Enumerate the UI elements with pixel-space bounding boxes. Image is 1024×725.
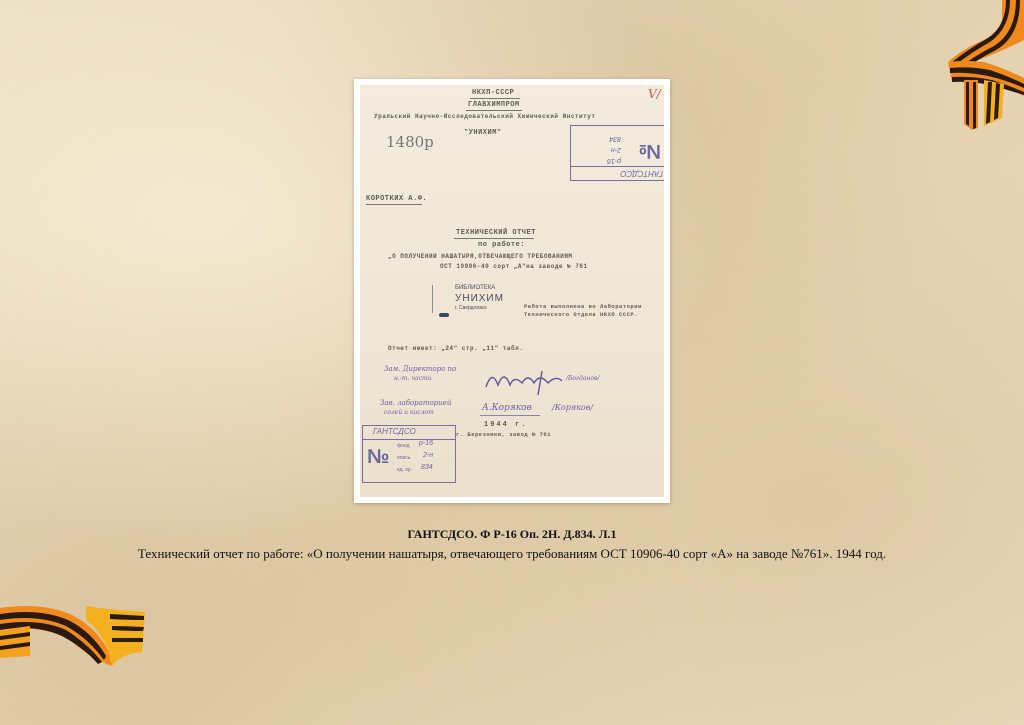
- institute-name: Уральский Научно-Исследовательский Химич…: [374, 113, 595, 120]
- st-george-ribbon-top-right: [944, 0, 1024, 135]
- year-line: 1944 г.: [484, 421, 527, 429]
- stamp-delo: 834: [609, 135, 621, 142]
- report-sub: по работе:: [478, 241, 525, 249]
- signature1-role-line1: Зам. Директора по: [384, 365, 456, 373]
- header-line-2: ГЛАВХИМПРОМ: [468, 101, 520, 109]
- corner-mark: V/: [648, 87, 661, 101]
- document-page: НКХП-СССР ГЛАВХИМПРОМ Уральский Научно-И…: [360, 85, 664, 497]
- signature1-role-line2: н.-т. части: [394, 375, 432, 382]
- library-stamp-line3: г. Свердловск: [455, 305, 487, 311]
- stamp-number-sign: №: [639, 139, 661, 162]
- signature2: А.Коряков: [482, 403, 532, 413]
- stamp-fond: р-16: [419, 440, 433, 447]
- stamp-opis-label: опись: [397, 455, 410, 461]
- divider: [366, 204, 422, 205]
- stamp-delo-label: ед. хр.: [397, 467, 412, 473]
- header-line-1: НКХП-СССР: [472, 89, 514, 97]
- report-topic: „О ПОЛУЧЕНИИ НАШАТЫРЯ,ОТВЕЧАЮЩЕГО ТРЕБОВ…: [388, 253, 573, 260]
- divider: [470, 98, 520, 99]
- signature1-name: /Богданов/: [566, 375, 600, 382]
- report-title: ТЕХНИЧЕСКИЙ ОТЧЕТ: [456, 229, 536, 237]
- divider: [454, 238, 534, 239]
- stamp-fond-label: фонд: [397, 443, 410, 449]
- stamp-archive-name: ГАНТСДСО: [373, 427, 416, 436]
- archive-stamp-bottom: ГАНТСДСО № фонд р-16 опись 2-н ед. хр. 8…: [362, 425, 456, 483]
- signature-line: [480, 415, 540, 416]
- pages-line: Отчет имеет: „24" стр. „11" табл.: [388, 345, 523, 352]
- stamp-number-sign: №: [367, 446, 389, 469]
- ribbon-icon: [0, 606, 145, 666]
- ribbon-icon: [948, 0, 1024, 130]
- stamp-delo: 834: [421, 464, 433, 471]
- stamp-divider: [363, 439, 455, 440]
- report-topic-2: ОСТ 10906-40 сорт „А"на заводе № 761: [440, 263, 588, 270]
- divider: [466, 110, 522, 111]
- library-stamp-line2: УНИХИМ: [455, 293, 504, 304]
- archive-reference-caption: ГАНТСДСО. Ф Р-16 Оп. 2Н. Д.834. Л.1: [0, 527, 1024, 542]
- archive-stamp-top: ГАНТСДСО № р-16 2-н 834: [570, 125, 664, 181]
- library-stamp-line1: БИБЛИОТЕКА: [455, 285, 495, 291]
- stamp-archive-name: ГАНТСДСО: [620, 169, 663, 178]
- signature2-role-line1: Зав. лабораторией: [380, 399, 451, 407]
- stamp-divider: [571, 166, 664, 167]
- st-george-ribbon-bottom-left: [0, 600, 150, 680]
- work-note-line2: Технического Отдела НКХП СССР.: [524, 311, 638, 318]
- signature2-name: /Коряков/: [552, 403, 593, 412]
- stamp-opis: 2-н: [423, 452, 433, 459]
- stamp-opis: 2-н: [611, 146, 621, 153]
- library-stamp: БИБЛИОТЕКА УНИХИМ г. Свердловск: [432, 285, 511, 313]
- place-line: г. Березники, завод № 761: [456, 431, 551, 438]
- ink-blot: [439, 313, 449, 317]
- signature2-role-line2: солей и кислот: [384, 409, 434, 416]
- stamp-fond: р-16: [607, 157, 621, 164]
- author: КОРОТКИХ А.Ф.: [366, 195, 427, 203]
- handwritten-number: 1480р: [386, 133, 434, 151]
- institute-short: "УНИХИМ": [464, 129, 502, 137]
- work-note-line1: Работа выполнена во Лаборатории: [524, 303, 642, 310]
- archival-document-scan: НКХП-СССР ГЛАВХИМПРОМ Уральский Научно-И…: [354, 79, 670, 503]
- document-description-caption: Технический отчет по работе: «О получени…: [0, 546, 1024, 562]
